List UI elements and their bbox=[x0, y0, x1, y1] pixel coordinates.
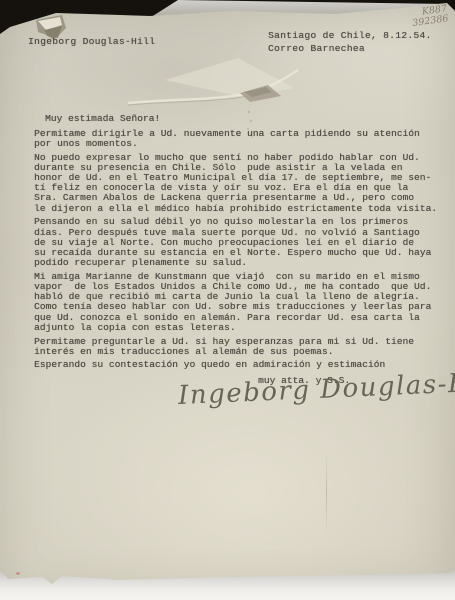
letter-line: interés en mis traducciones al alemán de… bbox=[34, 347, 450, 357]
fold-line bbox=[326, 450, 327, 535]
paper-speck bbox=[16, 572, 20, 575]
dateline-block: Santiago de Chile, 8.12.54. Correo Barne… bbox=[268, 29, 432, 55]
tear-flap-light bbox=[38, 17, 62, 30]
paragraph: Mi amiga Marianne de Kunstmann que viajó… bbox=[34, 272, 450, 333]
letter-paper: Ingeborg Douglas-Hill Santiago de Chile,… bbox=[0, 0, 455, 600]
letter-line: adjunto la copia con estas leteras. bbox=[34, 323, 450, 333]
paragraph: Permitame dirigirle a Ud. nuevamente una… bbox=[34, 129, 450, 149]
letter-line: Esperando su contestación yo quedo en ad… bbox=[34, 360, 450, 370]
letter-line: por unos momentos. bbox=[34, 139, 450, 149]
letter-line: podido recuperar plenamente su salud. bbox=[34, 258, 450, 268]
place-date: Santiago de Chile, 8.12.54. bbox=[268, 29, 432, 42]
letter-body: Muy estimada Señora! Permitame dirigirle… bbox=[34, 114, 450, 386]
scanned-letter-scene: Ingeborg Douglas-Hill Santiago de Chile,… bbox=[0, 0, 455, 600]
closing-paragraph: Esperando su contestación yo quedo en ad… bbox=[34, 360, 450, 370]
postal-address: Correo Barnechea bbox=[268, 42, 432, 55]
letter-line: Pensando en su salud débil yo no quiso m… bbox=[34, 217, 450, 227]
sender-name: Ingeborg Douglas-Hill bbox=[28, 36, 155, 47]
crease-flap bbox=[240, 85, 281, 102]
letter-line: le dijeron a ella el médico había prohib… bbox=[34, 204, 450, 214]
paragraph: No puedo expresar lo mucho que sentí no … bbox=[34, 153, 450, 214]
crease-line bbox=[128, 70, 298, 103]
crease-shadow bbox=[128, 96, 248, 105]
tear-dot bbox=[248, 111, 250, 113]
crease-flap-dark bbox=[244, 87, 272, 97]
archive-annotation: K887 392386 bbox=[391, 4, 449, 32]
crease-highlight bbox=[165, 58, 294, 97]
paragraph: Permitame preguntarle a Ud. si hay esper… bbox=[34, 337, 450, 357]
paragraph: Pensando en su salud débil yo no quiso m… bbox=[34, 217, 450, 268]
greeting: Muy estimada Señora! bbox=[45, 114, 450, 124]
